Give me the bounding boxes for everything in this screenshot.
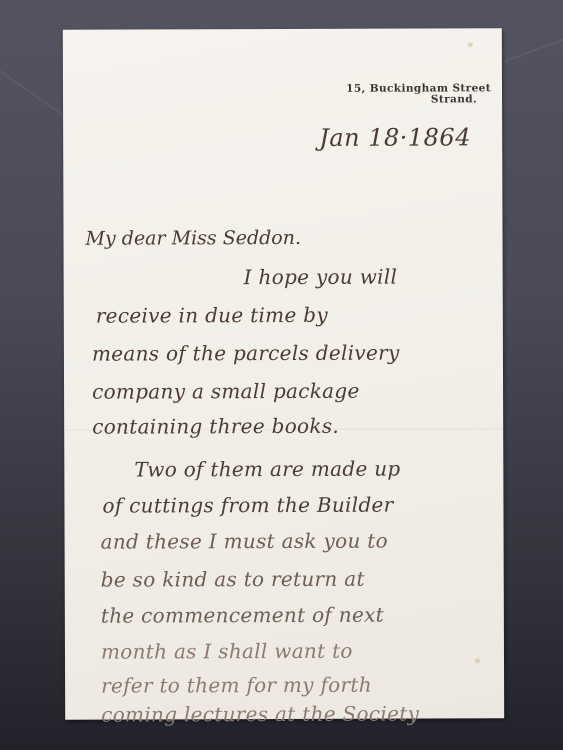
body-line: containing three books. [92,414,339,439]
letterhead-address: 15, Buckingham Street Strand. [311,83,491,106]
letter-greeting: My dear Miss Seddon. [85,227,301,250]
body-line: I hope you will [244,265,398,290]
paper-stain [475,658,480,663]
body-line: be so kind as to return at [101,567,365,592]
body-line: company a small package [92,379,360,404]
background-scratch [505,36,563,62]
letter-date: Jan 18·1864 [319,123,471,152]
body-line: the commencement of next [101,603,384,628]
letterhead-area: Strand. [311,94,491,106]
letter-paper: 15, Buckingham Street Strand. Jan 18·186… [63,28,504,720]
body-line: of cuttings from the Builder [102,493,393,518]
body-line: and these I must ask you to [101,529,388,554]
body-line: Two of them are made up [134,457,400,482]
body-line: refer to them for my forth [101,673,372,698]
body-line: means of the parcels delivery [92,341,400,366]
body-line: coming lectures at the Society [101,702,419,727]
paper-stain [468,42,473,47]
body-line: receive in due time by [96,303,328,328]
body-line: month as I shall want to [101,639,353,664]
